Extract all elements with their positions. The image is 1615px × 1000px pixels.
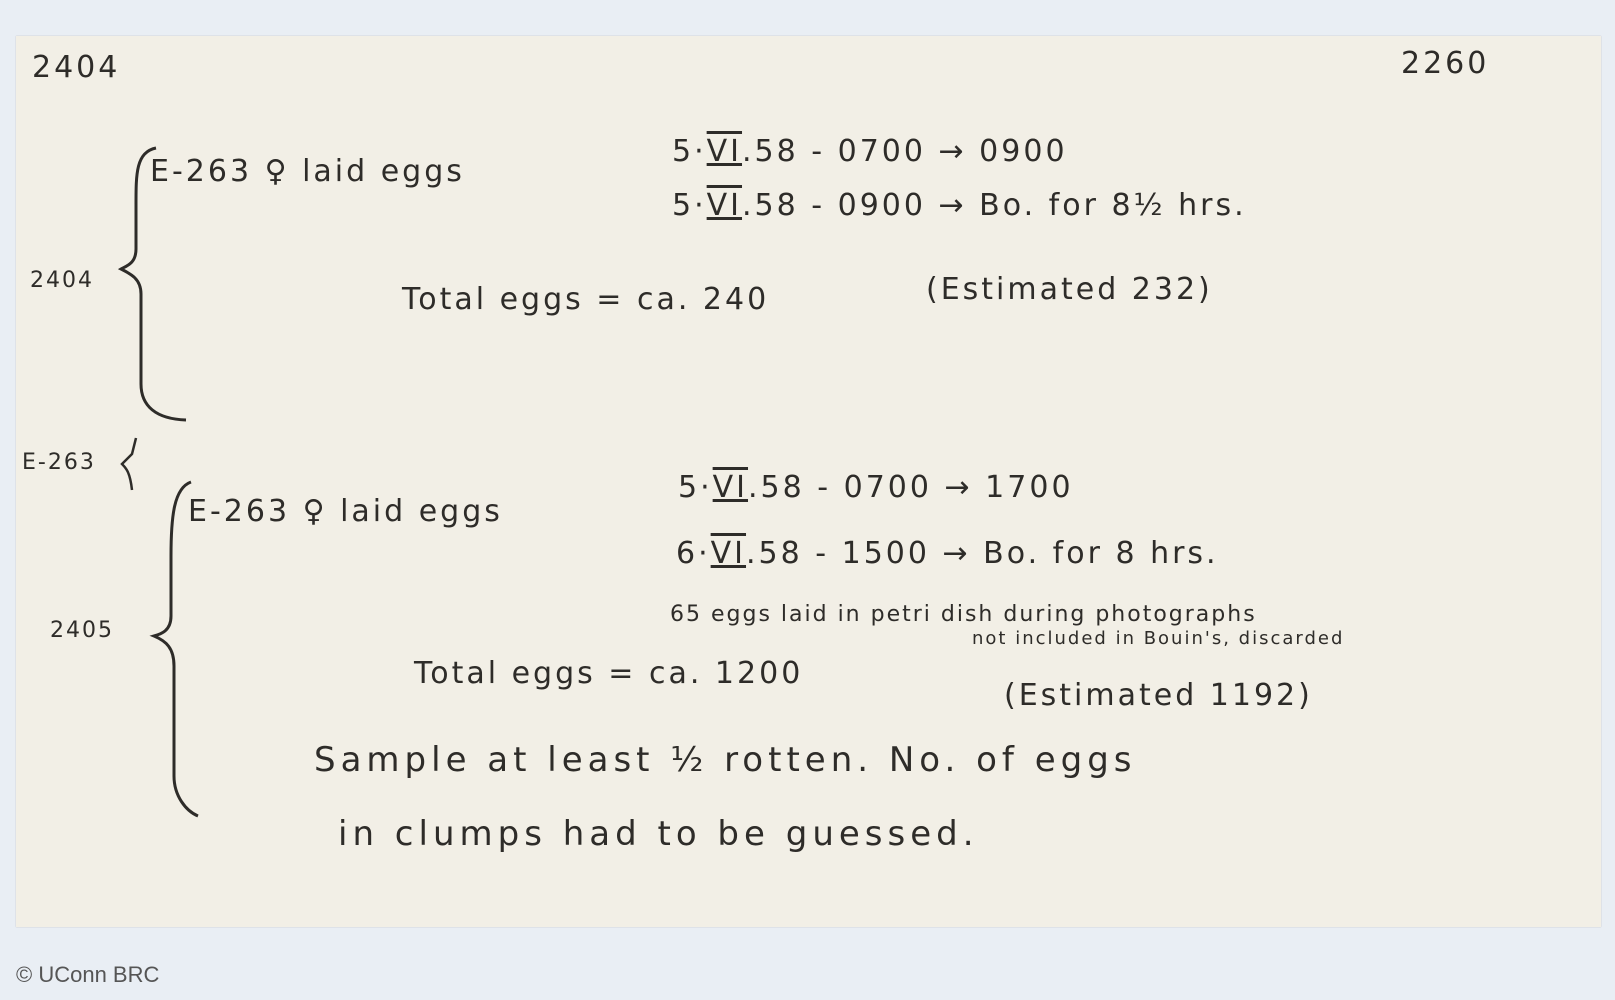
index-card: 2404 2260 2404 E-263 ♀ laid eggs 5·VI.58… (16, 36, 1601, 927)
group2-note1: 65 eggs laid in petri dish during photog… (670, 602, 1257, 627)
group1-estimated: (Estimated 232) (926, 272, 1213, 307)
group1-total: Total eggs = ca. 240 (402, 282, 769, 317)
group2-remark-line1: Sample at least ½ rotten. No. of eggs (314, 740, 1136, 780)
group1-line2: 5·VI.58 - 0900 → Bo. for 8½ hrs. (672, 188, 1247, 223)
group2-header: E-263 ♀ laid eggs (188, 494, 503, 529)
group2-total: Total eggs = ca. 1200 (414, 656, 803, 691)
card-number-left: 2404 (32, 50, 120, 85)
card-number-right: 2260 (1401, 46, 1489, 81)
group1-line1: 5·VI.58 - 0700 → 0900 (672, 134, 1068, 169)
group1-side-label: 2404 (30, 268, 94, 293)
copyright-credit: © UConn BRC (16, 962, 159, 988)
group2-line1: 5·VI.58 - 0700 → 1700 (678, 470, 1074, 505)
group2-remark-line2: in clumps had to be guessed. (338, 814, 979, 854)
middle-label: E-263 (22, 450, 96, 475)
group2-side-label: 2405 (50, 618, 114, 643)
group2-estimated: (Estimated 1192) (1004, 678, 1313, 713)
group2-line2: 6·VI.58 - 1500 → Bo. for 8 hrs. (676, 536, 1219, 571)
group2-note2: not included in Bouin's, discarded (972, 628, 1344, 649)
group1-header: E-263 ♀ laid eggs (150, 154, 465, 189)
small-brace (116, 434, 146, 494)
